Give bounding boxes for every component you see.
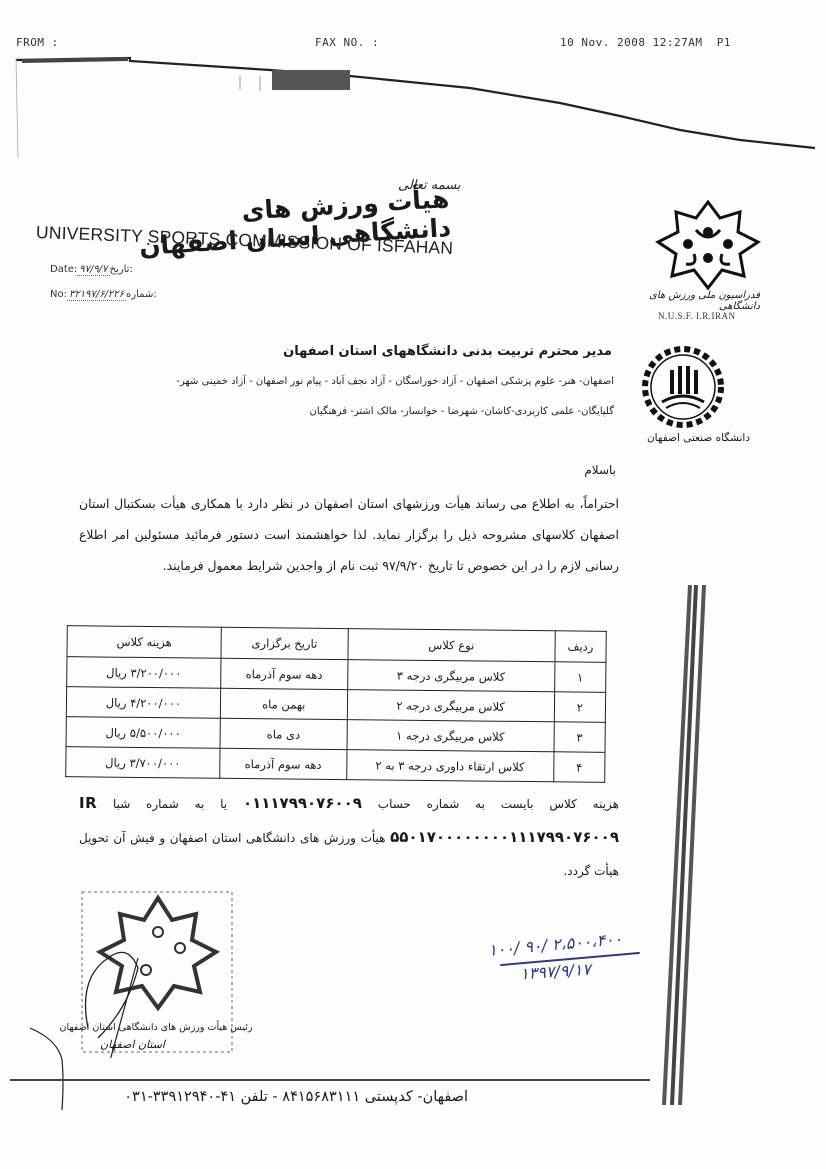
footer-address: اصفهان- کدپستی ۸۴۱۵۶۸۳۱۱۱ - تلفن ۴۱-۳۳۹۱…: [8, 1089, 468, 1105]
number-value: ۳۲۱۹۷/۶/۲۲۶: [67, 289, 126, 301]
nusf-star-logo-icon: [648, 200, 768, 290]
fax-artifact-stroke: [0, 48, 826, 158]
header-class-type: نوع کلاس: [348, 629, 556, 662]
cell-class-type: کلاس مربیگری درجه ۲: [347, 690, 554, 722]
body-paragraph: احتراماً، به اطلاع می رساند هیأت ورزشهای…: [79, 488, 619, 581]
greeting: باسلام: [584, 463, 616, 477]
cell-class-type: کلاس ارتقاء داوری درجه ۳ به ۲: [346, 750, 553, 782]
recipients-line-2: گلپایگان- علمی کاربردی-کاشان- شهرضا - خو…: [14, 406, 614, 417]
number-label-fa: شماره:: [126, 289, 157, 300]
header-class-cost: هزینه کلاس: [67, 626, 221, 659]
cell-class-date: دی ماه: [220, 718, 347, 749]
addressee-title: مدیر محترم تربیت بدنی دانشگاههای استان ا…: [283, 344, 612, 359]
fax-streak-artifact: [650, 585, 710, 1105]
date-label-fa: تاریخ:: [110, 264, 133, 275]
recipients-line-1: اصفهان- هنر- علوم پزشکی اصفهان - آزاد خو…: [14, 376, 614, 387]
payment-text-1: هزینه کلاس بایست به شماره حساب: [378, 797, 619, 811]
cell-row-number: ۴: [553, 752, 605, 783]
letter-date-field: Date:۹۷/۹/۷تاریخ:: [50, 264, 133, 275]
iut-caption-persian: دانشگاه صنعتی اصفهان: [630, 432, 750, 444]
number-label-en: No:: [50, 289, 67, 300]
payment-text-2: یا به شماره شبا: [113, 797, 227, 811]
cell-class-cost: ۳/۷۰۰/۰۰۰ ریال: [66, 747, 220, 779]
letter-number-field: No:۳۲۱۹۷/۶/۲۲۶شماره:: [50, 289, 157, 300]
cell-class-cost: ۵/۵۰۰/۰۰۰ ریال: [66, 717, 220, 749]
account-number: ۰۱۱۱۷۹۹۰۷۶۰۰۹: [243, 794, 362, 812]
handwritten-date: ۱۳۹۷/۹/۱۷: [519, 960, 591, 984]
nusf-caption-persian: فدراسیون ملی ورزش های دانشگاهی: [630, 290, 760, 312]
cell-class-date: دهه سوم آذرماه: [221, 658, 348, 689]
header-row-number: ردیف: [555, 631, 607, 663]
nusf-caption-english: N.U.S.F. I.R.IRAN: [658, 311, 736, 321]
footer-divider: [10, 1079, 650, 1081]
cell-row-number: ۲: [554, 692, 606, 723]
cell-class-type: کلاس مربیگری درجه ۱: [347, 720, 554, 752]
date-label-en: Date:: [50, 264, 77, 275]
cell-row-number: ۱: [554, 662, 606, 693]
cell-class-type: کلاس مربیگری درجه ۳: [347, 660, 554, 692]
date-value: ۹۷/۹/۷: [77, 264, 109, 276]
cell-class-cost: ۳/۲۰۰/۰۰۰ ریال: [67, 657, 221, 689]
signature-stroke-icon: [0, 1020, 140, 1120]
payment-instructions: هزینه کلاس بایست به شماره حساب ۰۱۱۱۷۹۹۰۷…: [79, 787, 619, 888]
header-class-date: تاریخ برگزاری: [221, 627, 348, 659]
cell-class-date: دهه سوم آذرماه: [220, 748, 347, 779]
cell-class-cost: ۴/۲۰۰/۰۰۰ ریال: [66, 687, 220, 719]
cell-class-date: بهمن ماه: [220, 688, 347, 719]
iut-gear-logo-icon: [640, 344, 726, 430]
table-row: ۴ کلاس ارتقاء داوری درجه ۳ به ۲ دهه سوم …: [66, 747, 605, 783]
cell-row-number: ۳: [554, 722, 606, 753]
class-schedule-table: ردیف نوع کلاس تاریخ برگزاری هزینه کلاس ۱…: [65, 625, 607, 783]
